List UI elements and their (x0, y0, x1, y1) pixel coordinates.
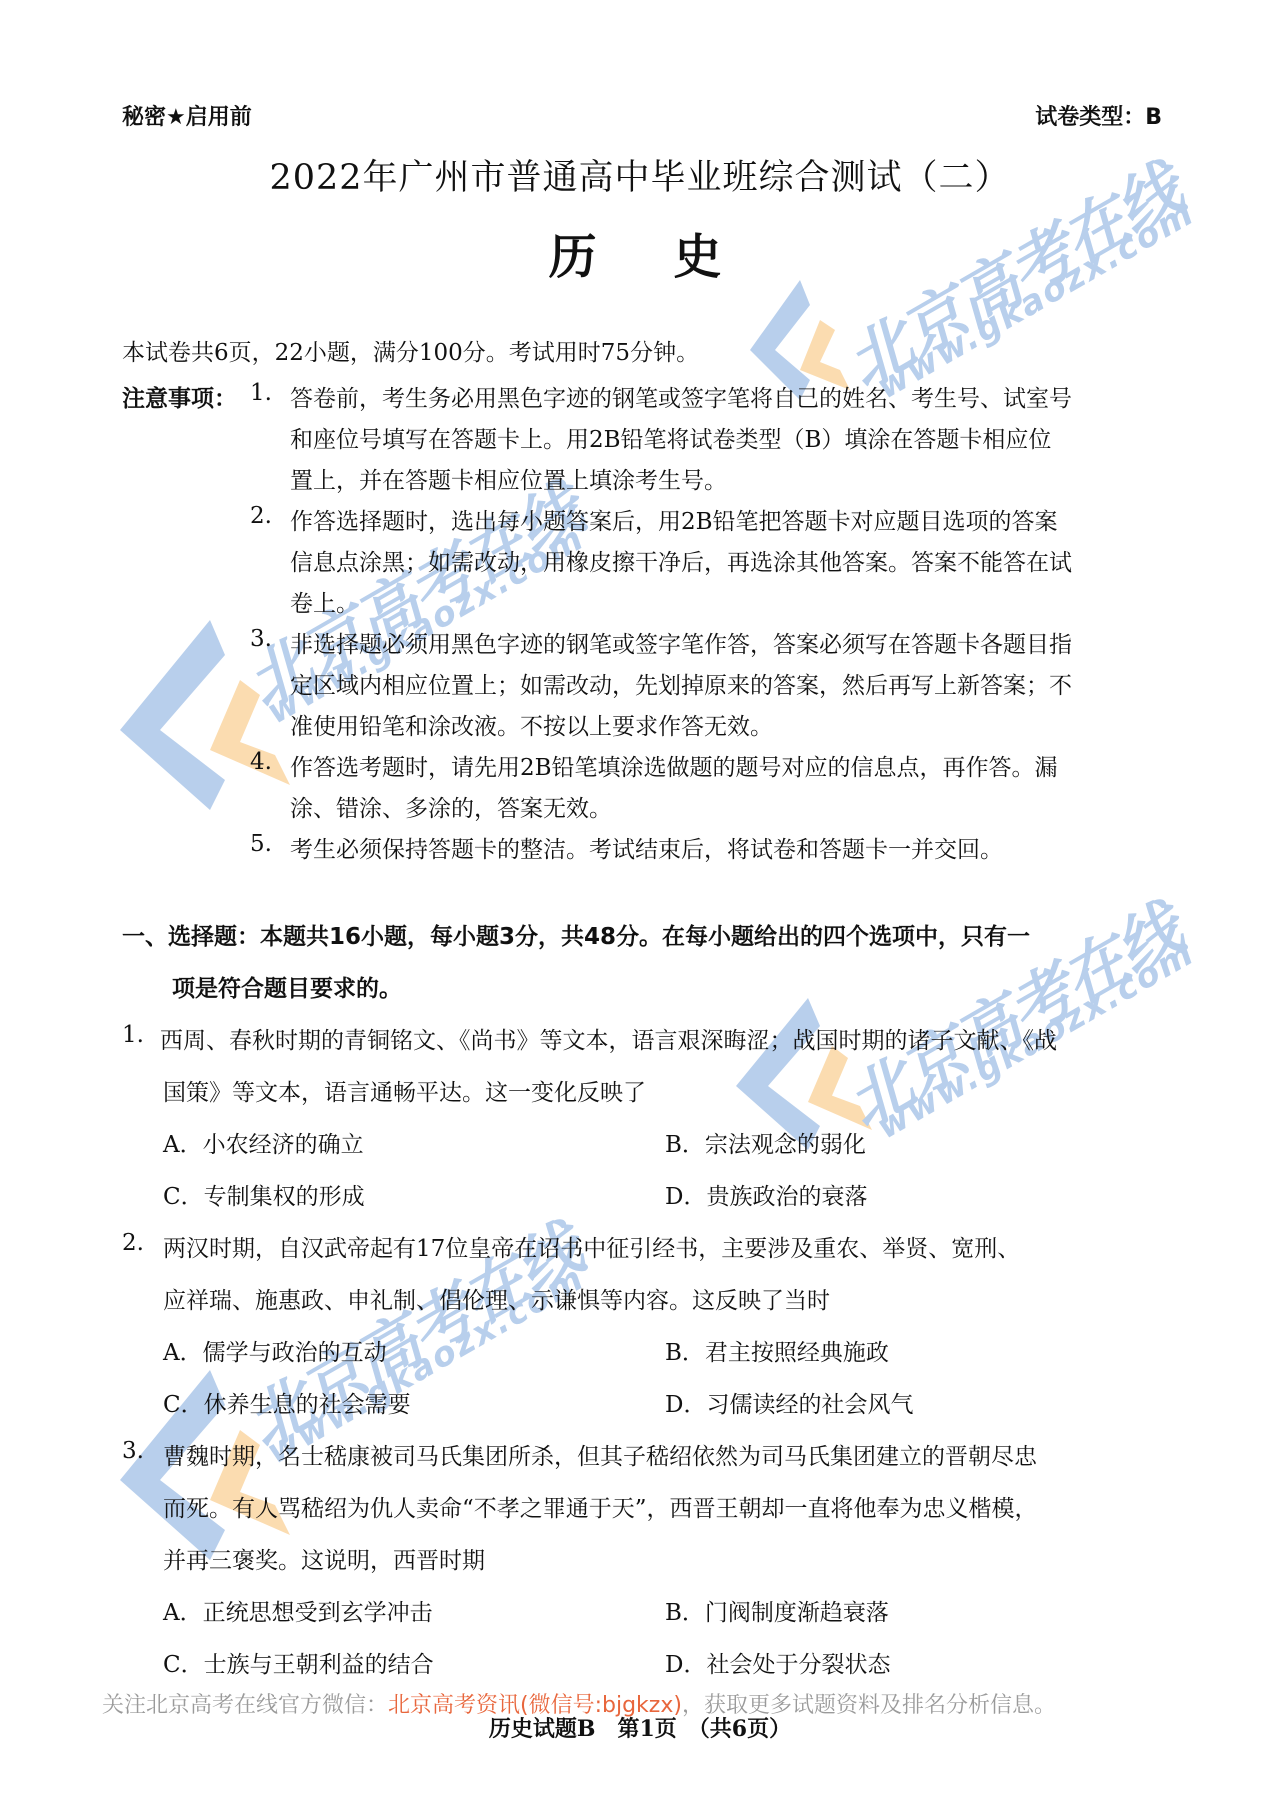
notice-item-line: 置上，并在答题卡相应位置上填涂考生号。 (290, 462, 727, 495)
notice-item-line: 信息点涂黑；如需改动，用橡皮擦干净后，再选涂其他答案。答案不能答在试 (290, 544, 1072, 577)
option-c[interactable]: C．休养生息的社会需要 (163, 1386, 411, 1419)
exam-title: 2022年广州市普通高中毕业班综合测试（二） (0, 150, 1280, 200)
question-stem: 两汉时期，自汉武帝起有17位皇帝在诏书中征引经书，主要涉及重农、举贤、宽刑、 (163, 1230, 1020, 1263)
confidential-label: 秘密★启用前 (122, 100, 252, 131)
notice-item-line: 考生必须保持答题卡的整洁。考试结束后，将试卷和答题卡一并交回。 (290, 831, 1003, 864)
question-stem: 西周、春秋时期的青铜铭文、《尚书》等文本，语言艰深晦涩；战国时期的诸子文献、《战 (160, 1022, 1057, 1055)
question-stem: 并再三褒奖。这说明，西晋时期 (163, 1542, 485, 1575)
option-a[interactable]: A．儒学与政治的互动 (163, 1334, 387, 1367)
notice-item-num: 5. (250, 831, 272, 857)
exam-intro: 本试卷共6页，22小题，满分100分。考试用时75分钟。 (122, 334, 699, 367)
notice-label: 注意事项： (122, 380, 237, 413)
notice-item-line: 作答选考题时，请先用2B铅笔填涂选做题的题号对应的信息点，再作答。漏 (290, 749, 1058, 782)
question-stem: 应祥瑞、施惠政、申礼制、倡伦理、示谦惧等内容。这反映了当时 (163, 1282, 830, 1315)
watermark-mid-right: 北京高考在线 www.gkaozx.com (760, 860, 1240, 1160)
notice-item-line: 准使用铅笔和涂改液。不按以上要求作答无效。 (290, 708, 773, 741)
notice-item-line: 定区域内相应位置上；如需改动，先划掉原来的答案，然后再写上新答案；不 (290, 667, 1072, 700)
option-d[interactable]: D．社会处于分裂状态 (665, 1646, 890, 1679)
question-num: 1. (122, 1022, 144, 1048)
option-a[interactable]: A．小农经济的确立 (163, 1126, 364, 1159)
option-b[interactable]: B．宗法观念的弱化 (665, 1126, 866, 1159)
notice-item-num: 2. (250, 503, 272, 529)
page-number: 历史试题B 第1页 （共6页） (0, 1712, 1280, 1743)
section-heading: 一、选择题：本题共16小题，每小题3分，共48分。在每小题给出的四个选项中，只有… (122, 918, 1030, 951)
notice-item-num: 1. (250, 380, 272, 406)
option-c[interactable]: C．专制集权的形成 (163, 1178, 365, 1211)
section-heading-cont: 项是符合题目要求的。 (172, 970, 402, 1003)
exam-page: 北京高考在线 www.gkaozx.com 北京高考在线 www.gkaozx.… (0, 0, 1280, 1799)
notice-item-num: 3. (250, 626, 272, 652)
notice-item-line: 答卷前，考生务必用黑色字迹的钢笔或签字笔将自己的姓名、考生号、试室号 (290, 380, 1072, 413)
question-num: 2. (122, 1230, 144, 1256)
option-b[interactable]: B．门阀制度渐趋衰落 (665, 1594, 889, 1627)
question-num: 3. (122, 1438, 144, 1464)
notice-item-line: 涂、错涂、多涂的，答案无效。 (290, 790, 612, 823)
subject-title: 历 史 (0, 218, 1280, 287)
question-stem: 曹魏时期，名士嵇康被司马氏集团所杀，但其子嵇绍依然为司马氏集团建立的晋朝尽忠 (163, 1438, 1037, 1471)
notice-item-line: 和座位号填写在答题卡上。用2B铅笔将试卷类型（B）填涂在答题卡相应位 (290, 421, 1051, 454)
notice-item-num: 4. (250, 749, 272, 775)
paper-type-label: 试卷类型：B (1035, 100, 1162, 131)
question-stem: 而死。有人骂嵇绍为仇人卖命“不孝之罪通于天”，西晋王朝却一直将他奉为忠义楷模， (163, 1490, 1038, 1523)
notice-item-line: 作答选择题时，选出每小题答案后，用2B铅笔把答题卡对应题目选项的答案 (290, 503, 1058, 536)
notice-item-line: 非选择题必须用黑色字迹的钢笔或签字笔作答，答案必须写在答题卡各题目指 (290, 626, 1072, 659)
option-c[interactable]: C．士族与王朝利益的结合 (163, 1646, 434, 1679)
option-b[interactable]: B．君主按照经典施政 (665, 1334, 889, 1367)
notice-item-line: 卷上。 (290, 585, 359, 618)
option-d[interactable]: D．习儒读经的社会风气 (665, 1386, 913, 1419)
question-stem: 国策》等文本，语言通畅平达。这一变化反映了 (163, 1074, 646, 1107)
option-d[interactable]: D．贵族政治的衰落 (665, 1178, 867, 1211)
option-a[interactable]: A．正统思想受到玄学冲击 (163, 1594, 433, 1627)
